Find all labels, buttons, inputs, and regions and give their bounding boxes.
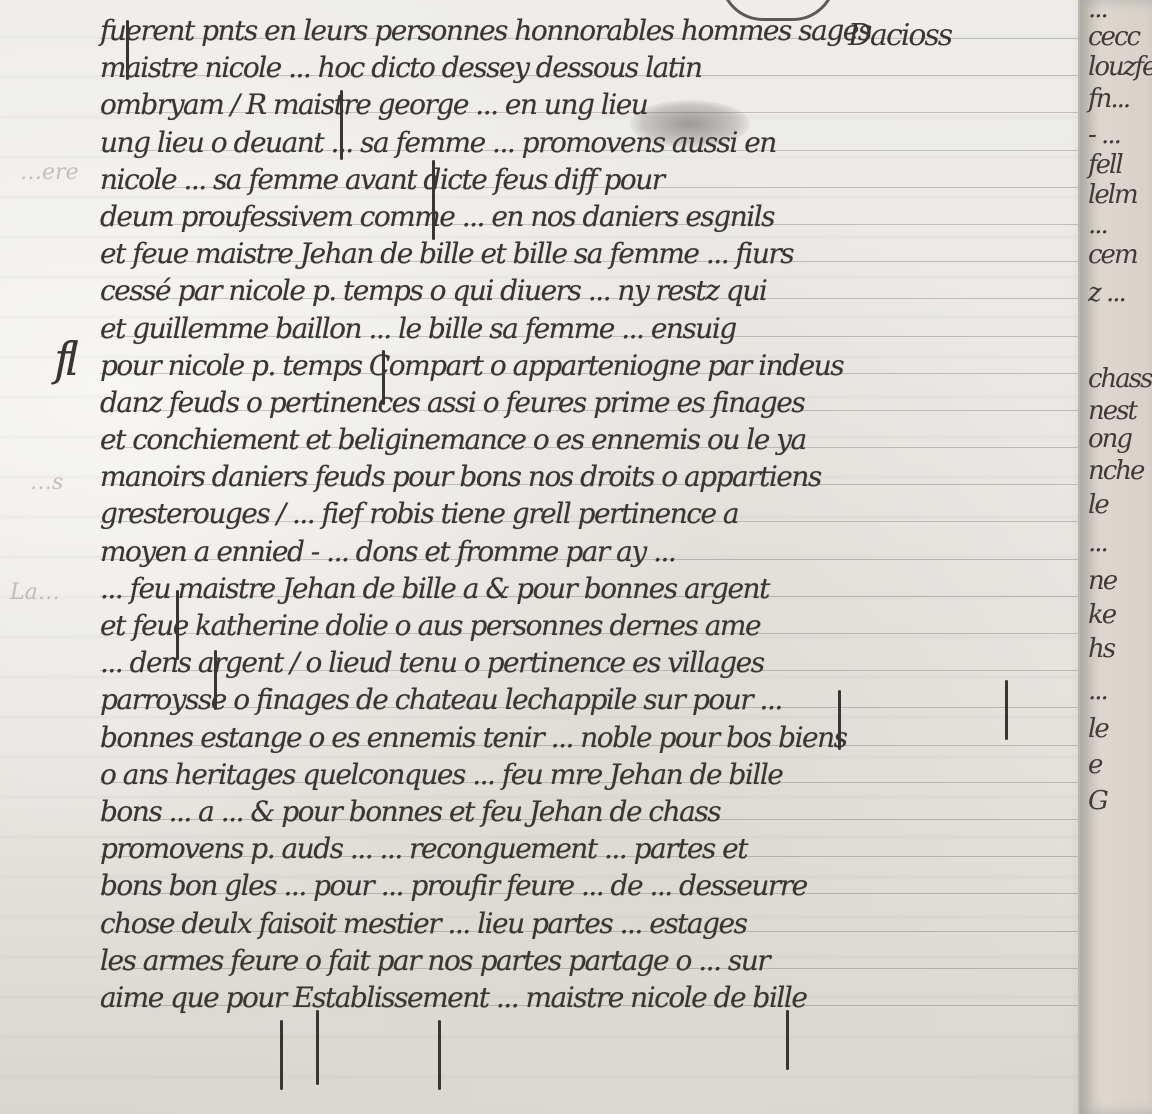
text-line: promovens p. auds ... ... reconguement .… [100,830,1090,867]
text-line: cessé par nicole p. temps o qui diuers .… [100,272,1090,309]
text-line: ... feu maistre Jehan de bille a & pour … [100,570,1090,607]
adjacent-folio-strip: ... cecc louzfe fn... - ... fell lelm ..… [1078,0,1152,1114]
folio-fragment: ke [1088,600,1115,630]
text-line: ... dens argent / o lieud tenu o pertine… [100,644,1090,681]
folio-fragment: - ... [1088,120,1120,150]
ascender-stroke [126,20,129,80]
descender-stroke [432,160,435,240]
ghost-text: La… [10,580,60,605]
text-line: danz feuds o pertinences assi o feures p… [100,384,1090,421]
folio-fragment: ne [1088,566,1116,596]
descender-stroke [786,1010,789,1070]
text-line: chose deulx faisoit mestier ... lieu par… [100,905,1090,942]
descender-stroke [316,1010,319,1085]
descender-stroke [1005,680,1008,740]
text-line: pour nicole p. temps Compart o apparteni… [100,347,1090,384]
text-line: maistre nicole ... hoc dicto dessey dess… [100,49,1090,86]
text-line: moyen a ennied - ... dons et fromme par … [100,533,1090,570]
text-line: bonnes estange o es ennemis tenir ... no… [100,719,1090,756]
folio-fragment: fn... [1088,84,1129,114]
text-line: et feue maistre Jehan de bille et bille … [100,235,1090,272]
folio-fragment: chasse [1088,364,1152,394]
text-line: et feue katherine dolie o aus personnes … [100,607,1090,644]
folio-fragment: ... [1088,210,1107,240]
folio-fragment: ... [1088,528,1107,558]
folio-fragment: ... [1088,676,1107,706]
text-line: parroysse o finages de chateau lechappil… [100,681,1090,718]
descender-stroke [280,1020,283,1090]
descender-stroke [438,1020,441,1090]
ghost-text: …s [30,470,63,495]
folio-fragment: le [1088,490,1108,520]
text-line: les armes feure o fait par nos partes pa… [100,942,1090,979]
folio-fragment: le [1088,714,1108,744]
folio-fragment: cem [1088,240,1137,270]
descender-stroke [176,590,179,660]
descender-stroke [838,690,841,750]
descender-stroke [340,90,343,160]
folio-fragment: G [1088,786,1107,816]
manuscript-page: …ere …s La… Dacioss fl fuerent pnts en l… [0,0,1095,1114]
descender-stroke [382,350,385,405]
folio-fragment: fell [1088,150,1122,180]
text-line: bons bon gles ... pour ... proufir feure… [100,867,1090,904]
text-line: ombryam / R maistre george ... en ung li… [100,86,1090,123]
main-text-block: fuerent pnts en leurs personnes honnorab… [100,12,1090,1016]
text-line: nicole ... sa femme avant dicte feus dif… [100,161,1090,198]
folio-fragment: cecc [1088,22,1139,52]
descender-stroke [214,650,217,710]
text-line: o ans heritages quelconques ... feu mre … [100,756,1090,793]
text-line: et guillemme baillon ... le bille sa fem… [100,310,1090,347]
folio-fragment: louzfe [1088,52,1152,82]
text-line: aime que pour Establissement ... maistre… [100,979,1090,1016]
left-margin-note: fl [54,332,74,386]
folio-fragment: hs [1088,634,1114,664]
text-line: fuerent pnts en leurs personnes honnorab… [100,12,1090,49]
text-line: et conchiement et beliginemance o es enn… [100,421,1090,458]
text-line: manoirs daniers feuds pour bons nos droi… [100,458,1090,495]
text-line: bons ... a ... & pour bonnes et feu Jeha… [100,793,1090,830]
folio-fragment: lelm [1088,180,1137,210]
folio-fragment: nest [1088,396,1136,426]
folio-fragment: ... [1088,0,1107,24]
folio-fragment: z ... [1088,278,1125,308]
text-line: deum proufessivem comme ... en nos danie… [100,198,1090,235]
text-line: gresterouges / ... fief robis tiene grel… [100,495,1090,532]
folio-fragment: e [1088,750,1101,780]
ghost-text: …ere [20,160,79,185]
folio-fragment: nche [1088,456,1143,486]
folio-fragment: ong [1088,424,1131,454]
text-line: ung lieu o deuant ... sa femme ... promo… [100,124,1090,161]
